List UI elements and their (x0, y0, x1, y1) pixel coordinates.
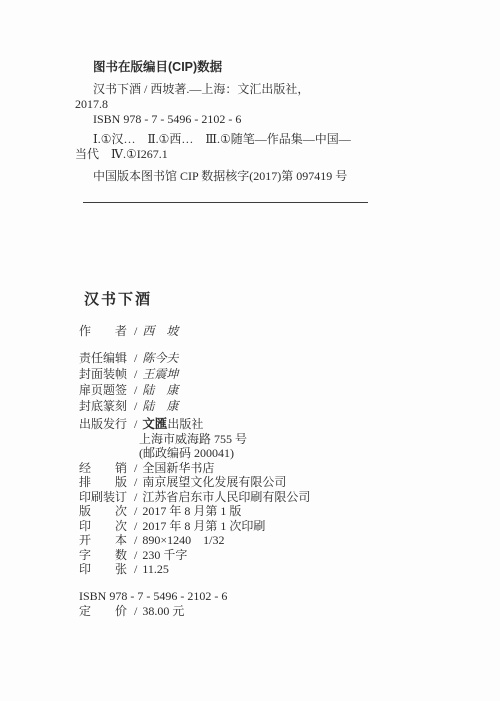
credit-name: 陆 康 (142, 382, 178, 398)
credit-label: 封面装帧 (79, 366, 129, 382)
isbn-number: ISBN 978 - 7 - 5496 - 2102 - 6 (79, 589, 500, 604)
distribution-row: 经 销 / 全国新华书店 (79, 461, 500, 476)
sheets-row: 印 张 / 11.25 (79, 562, 500, 577)
credit-label: 封底篆刻 (79, 398, 129, 414)
credit-row-cover-design: 封面装帧 / 王震坤 (79, 366, 500, 382)
copyright-page: 图书在版编目(CIP)数据 汉书下酒 / 西坡著.—上海：文汇出版社， 2017… (0, 0, 500, 701)
slash-separator: / (129, 324, 142, 339)
printing-binding-row: 印刷装订 / 江苏省启东市人民印刷有限公司 (79, 490, 500, 505)
credit-name: 王震坤 (142, 366, 178, 382)
row-value: 全国新华书店 (142, 461, 214, 476)
slash-separator: / (129, 350, 142, 366)
slash-separator: / (129, 604, 142, 619)
author-label: 作 者 (79, 324, 129, 339)
credit-label: 扉页题签 (79, 382, 129, 398)
slash-separator: / (129, 533, 142, 548)
format-row: 开 本 / 890×1240 1/32 (79, 533, 500, 548)
publishing-block: 出版发行 / 文匯出版社 上海市威海路 755 号 (邮政编码 200041) … (79, 417, 500, 577)
cip-record-number: 中国版本图书馆 CIP 数据核字(2017)第 097419 号 (93, 169, 385, 184)
row-value: 890×1240 1/32 (142, 533, 224, 548)
row-label: 印刷装订 (79, 490, 129, 505)
row-value: 南京展望文化发展有限公司 (142, 475, 286, 490)
row-label: 经 销 (79, 461, 129, 476)
book-title: 汉书下酒 (84, 292, 500, 308)
publisher-row: 出版发行 / 文匯出版社 (79, 417, 500, 432)
publisher-label: 出版发行 (79, 417, 129, 432)
row-value: 2017 年 8 月第 1 次印刷 (142, 519, 265, 534)
publisher-address: 上海市威海路 755 号 (139, 432, 500, 447)
word-count-row: 字 数 / 230 千字 (79, 548, 500, 563)
price-row: 定 价 / 38.00 元 (79, 604, 500, 619)
slash-separator: / (129, 504, 142, 519)
credit-row-editor: 责任编辑 / 陈今夫 (79, 350, 500, 366)
row-value: 230 千字 (142, 548, 187, 563)
slash-separator: / (129, 490, 142, 505)
row-value: 2017 年 8 月第 1 版 (142, 504, 241, 519)
credit-label: 责任编辑 (79, 350, 129, 366)
author-name: 西 坡 (142, 324, 178, 339)
publisher-name: 文匯出版社 (142, 417, 203, 432)
divider-rule (83, 202, 368, 203)
impression-row: 印 次 / 2017 年 8 月第 1 次印刷 (79, 519, 500, 534)
cip-block: 图书在版编目(CIP)数据 汉书下酒 / 西坡著.—上海：文汇出版社， 2017… (75, 60, 385, 184)
cip-isbn: ISBN 978 - 7 - 5496 - 2102 - 6 (93, 112, 385, 127)
credit-row-flyleaf-inscription: 扉页题签 / 陆 康 (79, 382, 500, 398)
cip-entry-line2: 2017.8 (75, 97, 385, 112)
row-label: 印 次 (79, 519, 129, 534)
row-value: 江苏省启东市人民印刷有限公司 (142, 490, 310, 505)
credit-row-back-seal: 封底篆刻 / 陆 康 (79, 398, 500, 414)
slash-separator: / (129, 548, 142, 563)
colophon: 作 者 / 西 坡 责任编辑 / 陈今夫 封面装帧 / 王震坤 扉页题签 / 陆… (79, 324, 500, 619)
cip-classification-line1: Ⅰ.①汉… Ⅱ.①西… Ⅲ.①随笔—作品集—中国— (93, 132, 385, 147)
typesetting-row: 排 版 / 南京展望文化发展有限公司 (79, 475, 500, 490)
price-value: 38.00 元 (142, 604, 184, 619)
row-label: 字 数 (79, 548, 129, 563)
slash-separator: / (129, 382, 142, 398)
slash-separator: / (129, 398, 142, 414)
row-label: 版 次 (79, 504, 129, 519)
credit-name: 陆 康 (142, 398, 178, 414)
cip-entry-line1: 汉书下酒 / 西坡著.—上海：文汇出版社， (93, 82, 385, 97)
cip-heading: 图书在版编目(CIP)数据 (93, 60, 385, 75)
row-value: 11.25 (142, 562, 169, 577)
credits-block: 责任编辑 / 陈今夫 封面装帧 / 王震坤 扉页题签 / 陆 康 封底篆刻 / … (79, 350, 500, 414)
publisher-postcode: (邮政编码 200041) (139, 446, 500, 461)
spacer (75, 162, 385, 169)
slash-separator: / (129, 417, 142, 432)
slash-separator: / (129, 366, 142, 382)
isbn-price-block: ISBN 978 - 7 - 5496 - 2102 - 6 定 价 / 38.… (79, 589, 500, 619)
slash-separator: / (129, 475, 142, 490)
wenhui-logo: 文匯 (142, 417, 167, 431)
edition-row: 版 次 / 2017 年 8 月第 1 版 (79, 504, 500, 519)
slash-separator: / (129, 461, 142, 476)
slash-separator: / (129, 519, 142, 534)
credit-name: 陈今夫 (142, 350, 178, 366)
slash-separator: / (129, 562, 142, 577)
row-label: 开 本 (79, 533, 129, 548)
author-row: 作 者 / 西 坡 (79, 324, 500, 339)
author-block: 作 者 / 西 坡 (79, 324, 500, 339)
cip-classification-line2: 当代 Ⅳ.①I267.1 (75, 147, 385, 162)
publisher-suffix: 出版社 (167, 417, 203, 431)
price-label: 定 价 (79, 604, 129, 619)
row-label: 印 张 (79, 562, 129, 577)
row-label: 排 版 (79, 475, 129, 490)
